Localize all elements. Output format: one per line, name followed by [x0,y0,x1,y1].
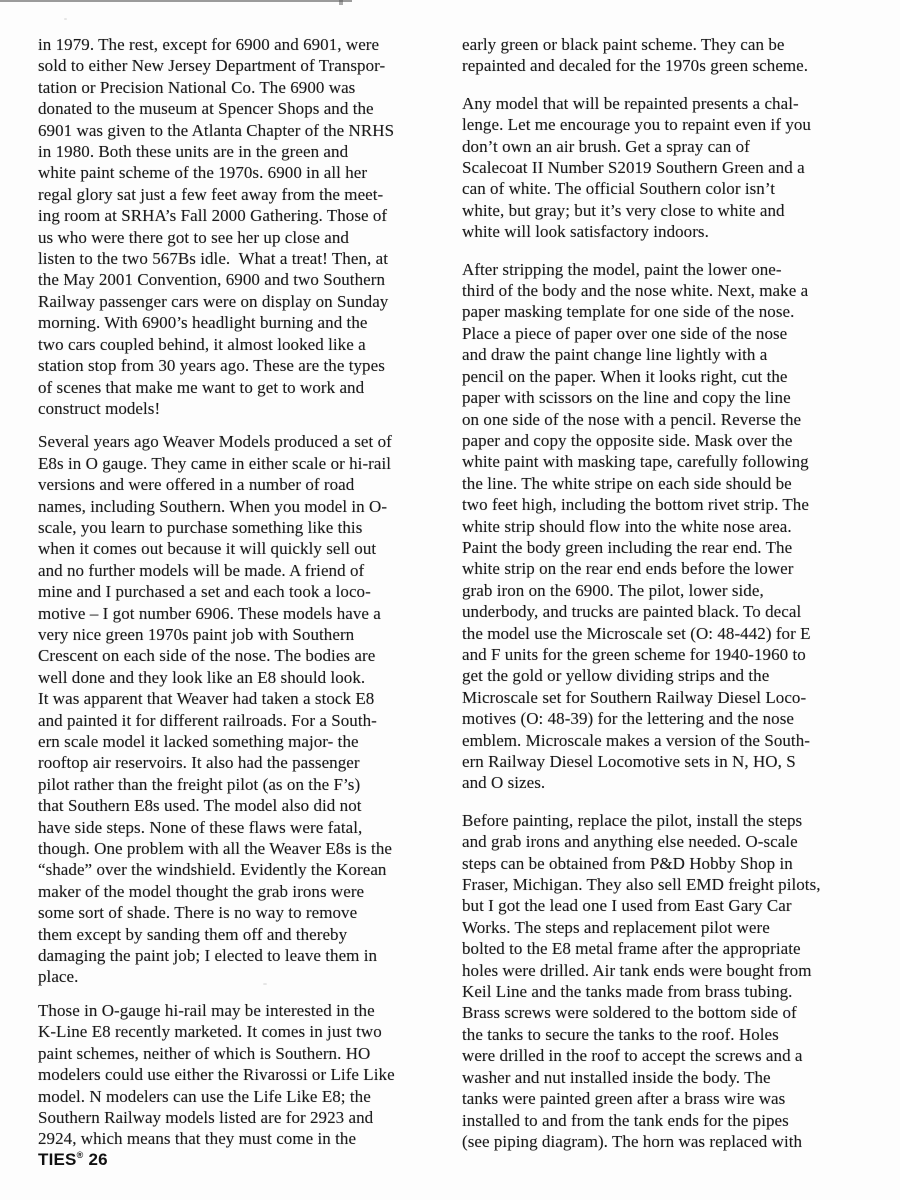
scan-edge-artifact [0,0,352,2]
article-paragraph: in 1979. The rest, except for 6900 and 6… [38,34,456,419]
scanned-article-page: in 1979. The rest, except for 6900 and 6… [0,0,900,1200]
registered-trademark-symbol: ® [77,1150,84,1160]
article-paragraph: Several years ago Weaver Models produced… [38,431,456,988]
scan-tick-artifact [339,0,343,5]
article-paragraph: Those in O-gauge hi-rail may be interest… [38,1000,456,1150]
article-paragraph: early green or black paint scheme. They … [462,34,880,77]
article-paragraph: After stripping the model, paint the low… [462,259,880,794]
footer-page-number: 26 [88,1150,107,1169]
article-paragraph: Any model that will be repainted present… [462,93,880,243]
article-paragraph: Before painting, replace the pilot, inst… [462,810,880,1153]
article-column-left: in 1979. The rest, except for 6900 and 6… [38,34,456,1162]
scan-speck [64,18,67,20]
page-footer: TIES®26 [38,1150,108,1170]
footer-magazine-title: TIES [38,1150,77,1169]
article-column-right: early green or black paint scheme. They … [462,34,880,1168]
